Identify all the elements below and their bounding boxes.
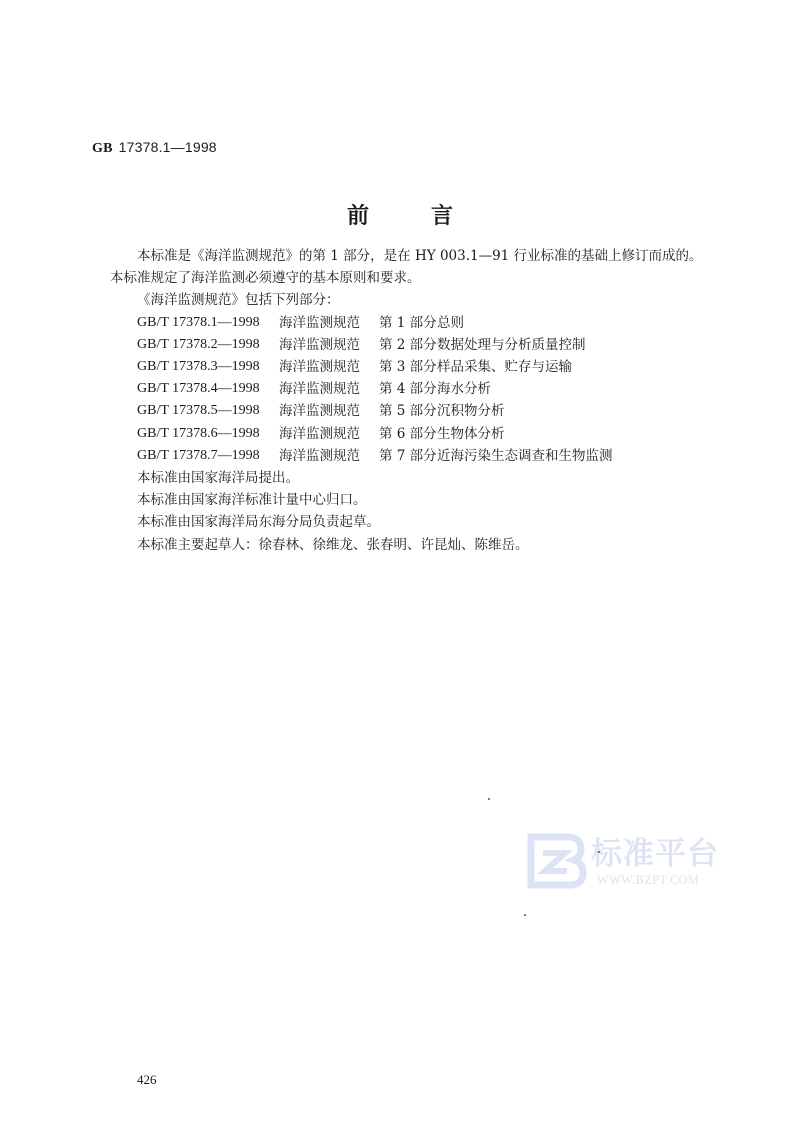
standard-code-header: GB17378.1—1998 xyxy=(92,139,217,157)
part-number: 第 6 部分 xyxy=(379,423,437,445)
part-code: GB/T 17378.1—1998 xyxy=(137,312,279,334)
part-code: GB/T 17378.7—1998 xyxy=(137,445,279,467)
parts-list: GB/T 17378.1—1998 海洋监测规范 第 1 部分 总则 GB/T … xyxy=(110,312,710,467)
part-series: 海洋监测规范 xyxy=(279,378,379,400)
part-code: GB/T 17378.4—1998 xyxy=(137,378,279,400)
statement-administrator: 本标准由国家海洋标准计量中心归口。 xyxy=(110,489,710,511)
scan-speck xyxy=(524,914,526,916)
part-name: 沉积物分析 xyxy=(437,400,710,422)
part-series: 海洋监测规范 xyxy=(279,423,379,445)
list-item: GB/T 17378.3—1998 海洋监测规范 第 3 部分 样品采集、贮存与… xyxy=(110,356,710,378)
watermark: 标准平台 WWW.BZPT.COM xyxy=(527,826,747,896)
part-name: 海水分析 xyxy=(437,378,710,400)
intro-paragraph: 本标准是《海洋监测规范》的第 1 部分，是在 HY 003.1—91 行业标准的… xyxy=(110,245,710,289)
part-code: GB/T 17378.2—1998 xyxy=(137,334,279,356)
part-number: 第 3 部分 xyxy=(379,356,437,378)
scan-speck xyxy=(598,851,600,853)
part-name: 数据处理与分析质量控制 xyxy=(437,334,710,356)
part-name: 样品采集、贮存与运输 xyxy=(437,356,710,378)
list-item: GB/T 17378.1—1998 海洋监测规范 第 1 部分 总则 xyxy=(110,312,710,334)
statement-proposer: 本标准由国家海洋局提出。 xyxy=(110,467,710,489)
part-series: 海洋监测规范 xyxy=(279,334,379,356)
list-item: GB/T 17378.2—1998 海洋监测规范 第 2 部分 数据处理与分析质… xyxy=(110,334,710,356)
parts-heading: 《海洋监测规范》包括下列部分： xyxy=(110,289,710,311)
part-number: 第 1 部分 xyxy=(379,312,437,334)
standard-prefix: GB xyxy=(92,141,113,156)
title-char-1: 前 xyxy=(347,199,369,230)
page-number: 426 xyxy=(137,1072,157,1088)
part-series: 海洋监测规范 xyxy=(279,445,379,467)
part-series: 海洋监测规范 xyxy=(279,356,379,378)
page-title: 前言 xyxy=(0,199,800,230)
part-code: GB/T 17378.6—1998 xyxy=(137,423,279,445)
part-number: 第 2 部分 xyxy=(379,334,437,356)
part-name: 总则 xyxy=(437,312,710,334)
title-char-2: 言 xyxy=(431,199,453,230)
statement-drafting-unit: 本标准由国家海洋局东海分局负责起草。 xyxy=(110,511,710,533)
part-code: GB/T 17378.3—1998 xyxy=(137,356,279,378)
bz-logo-icon xyxy=(527,831,587,891)
standard-code: 17378.1—1998 xyxy=(119,139,217,155)
watermark-url: WWW.BZPT.COM xyxy=(597,873,719,888)
foreword-body: 本标准是《海洋监测规范》的第 1 部分，是在 HY 003.1—91 行业标准的… xyxy=(110,245,710,556)
list-item: GB/T 17378.4—1998 海洋监测规范 第 4 部分 海水分析 xyxy=(110,378,710,400)
part-name: 近海污染生态调查和生物监测 xyxy=(437,445,710,467)
part-number: 第 4 部分 xyxy=(379,378,437,400)
watermark-text: 标准平台 xyxy=(591,835,719,873)
statement-drafters: 本标准主要起草人：徐春林、徐维龙、张春明、许昆灿、陈维岳。 xyxy=(110,534,710,556)
part-number: 第 5 部分 xyxy=(379,400,437,422)
part-series: 海洋监测规范 xyxy=(279,312,379,334)
list-item: GB/T 17378.6—1998 海洋监测规范 第 6 部分 生物体分析 xyxy=(110,423,710,445)
part-code: GB/T 17378.5—1998 xyxy=(137,400,279,422)
list-item: GB/T 17378.5—1998 海洋监测规范 第 5 部分 沉积物分析 xyxy=(110,400,710,422)
part-series: 海洋监测规范 xyxy=(279,400,379,422)
list-item: GB/T 17378.7—1998 海洋监测规范 第 7 部分 近海污染生态调查… xyxy=(110,445,710,467)
part-number: 第 7 部分 xyxy=(379,445,437,467)
part-name: 生物体分析 xyxy=(437,423,710,445)
scan-speck xyxy=(488,798,490,800)
